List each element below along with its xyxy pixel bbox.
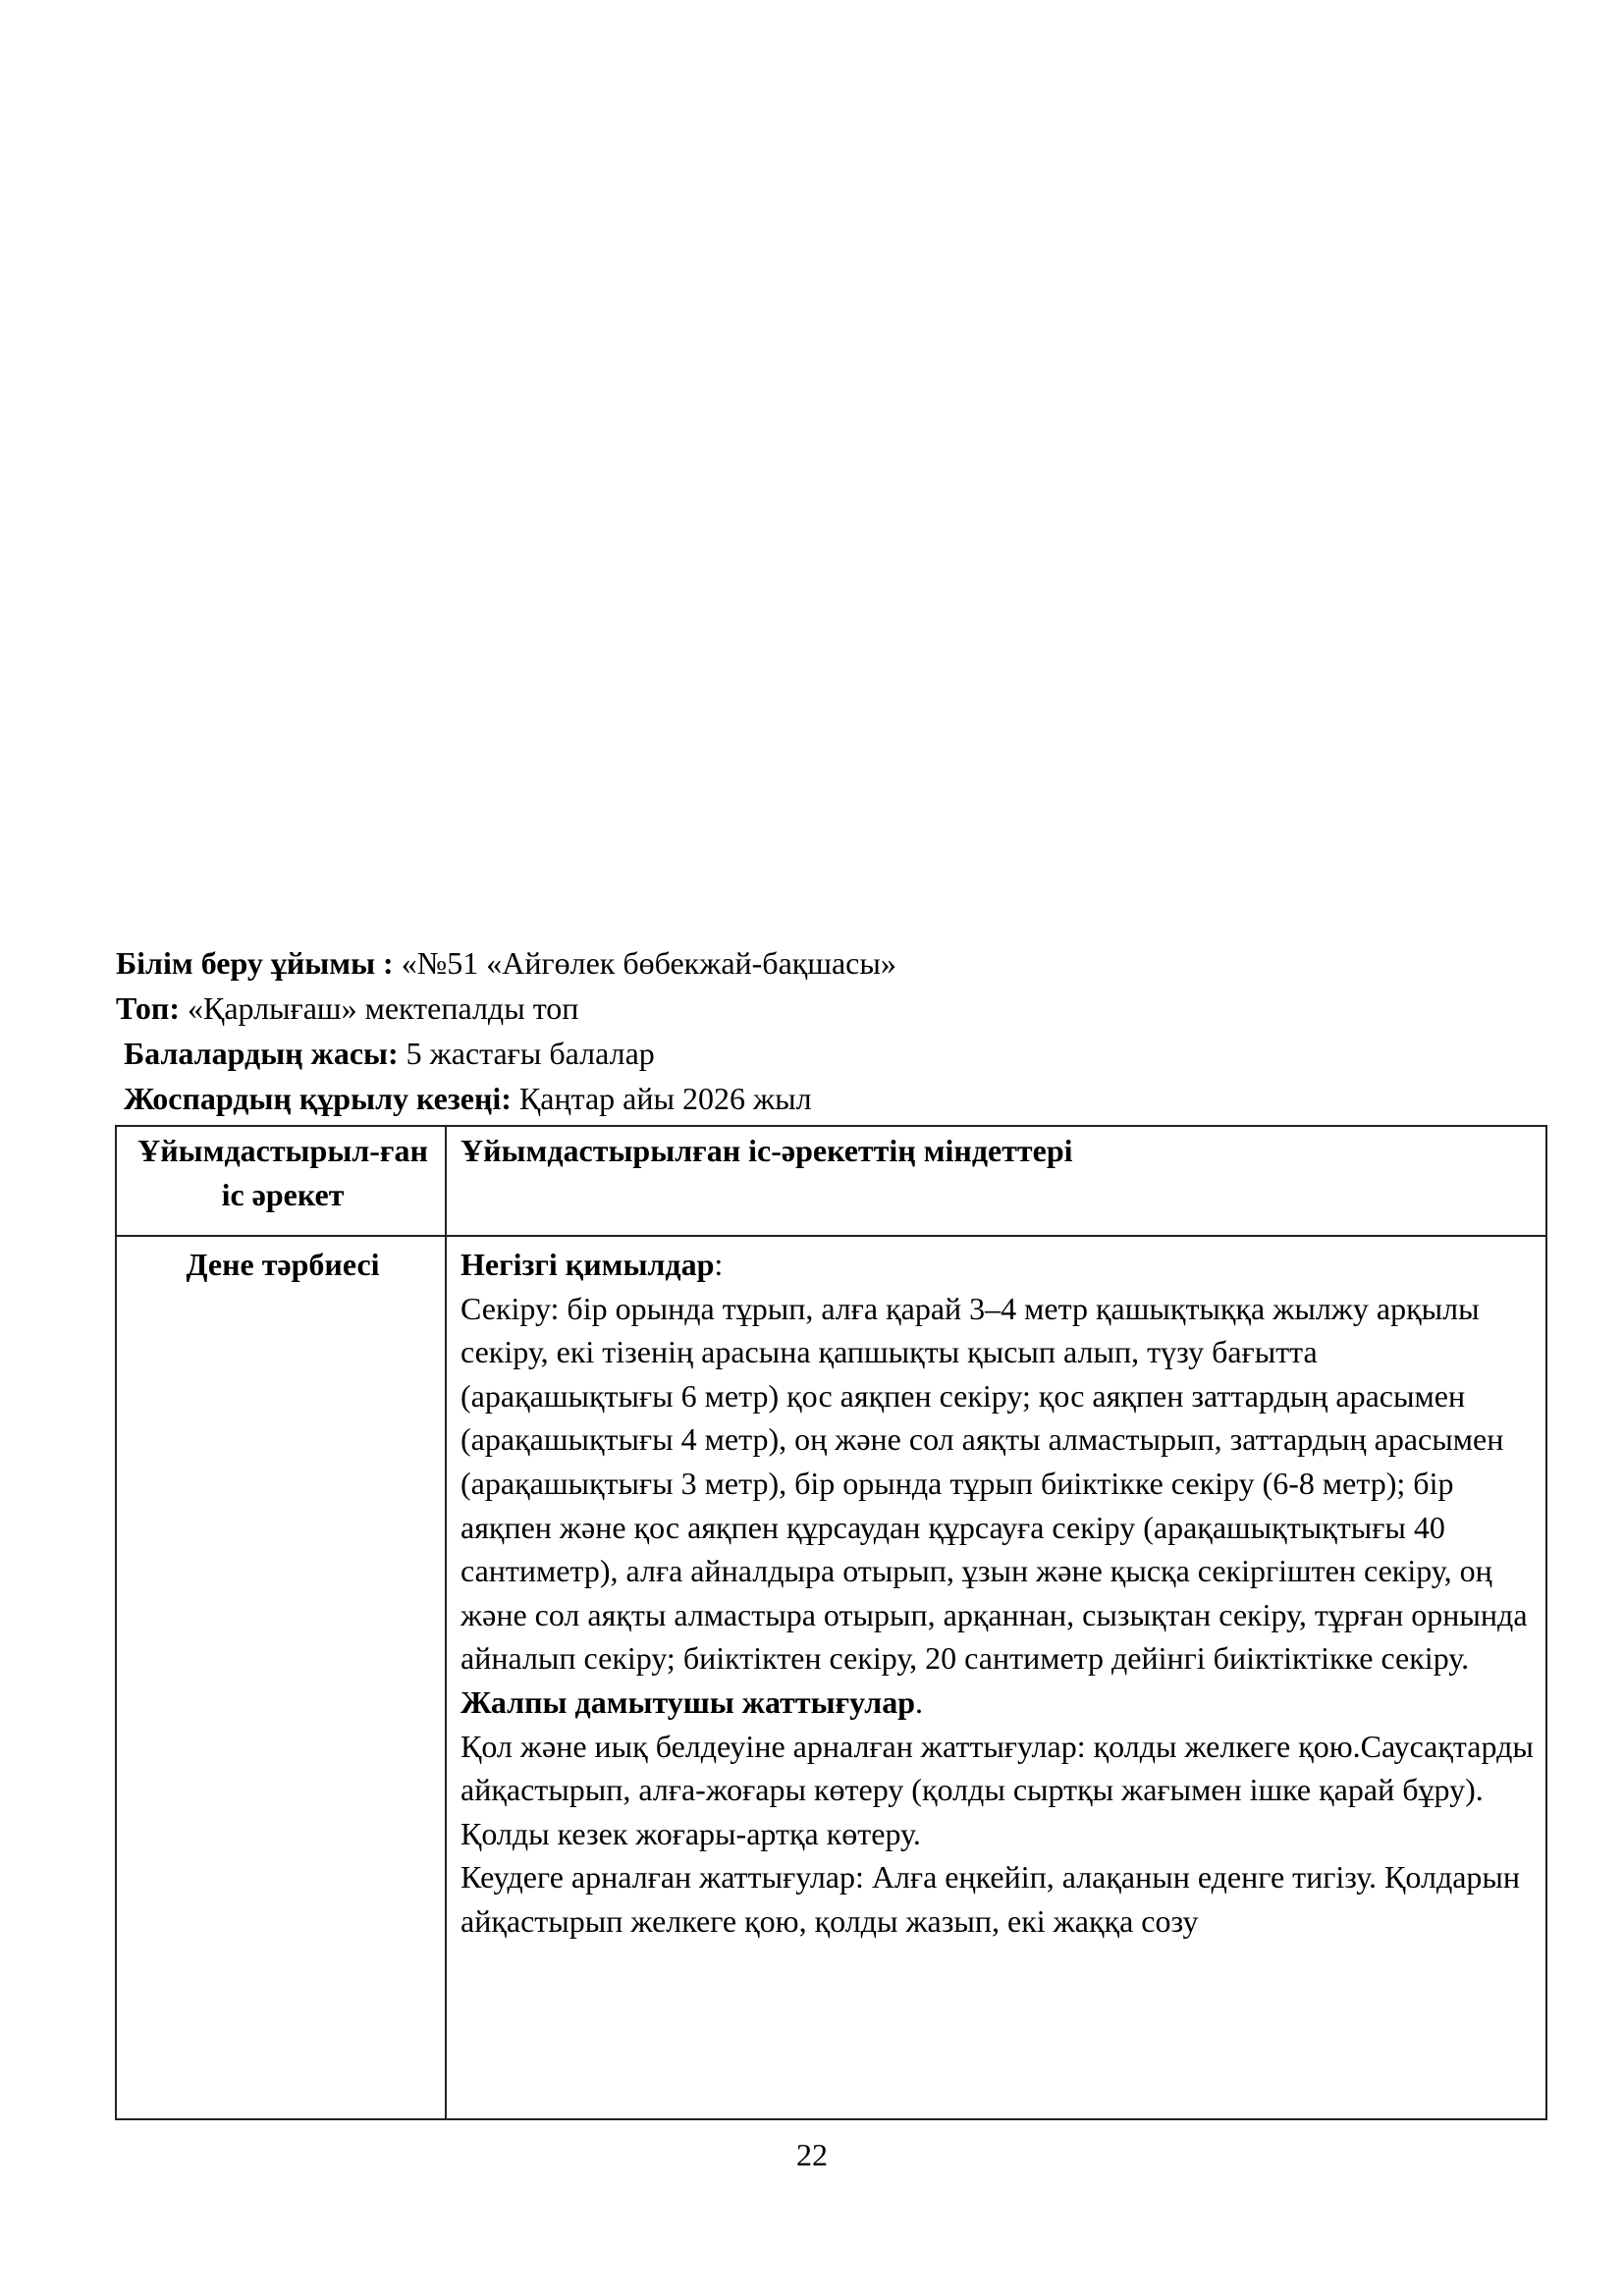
section-paragraph: Секіру: бір орында тұрып, алға қарай 3–4… (460, 1287, 1536, 1681)
page-number: 22 (0, 2137, 1624, 2173)
period-label: Жоспардың құрылу кезеңі: (124, 1081, 512, 1116)
header-objectives: Ұйымдастырылған іс-әрекеттің міндеттері (446, 1126, 1546, 1236)
age-value: 5 жастағы балалар (399, 1036, 655, 1071)
group-value: «Қарлығаш» мектепалды топ (180, 990, 578, 1026)
table-row: Дене тәрбиесі Негізгі қимылдар: Секіру: … (116, 1236, 1546, 2119)
objectives-cell: Негізгі қимылдар: Секіру: бір орында тұр… (446, 1236, 1546, 2119)
activity-plan-table: Ұйымдастырыл-ған іс әрекет Ұйымдастырылғ… (115, 1125, 1547, 2120)
group-label: Топ: (116, 990, 180, 1026)
group-line: Топ: «Қарлығаш» мектепалды топ (116, 990, 578, 1026)
age-label: Балалардың жасы: (124, 1036, 399, 1071)
section-heading: Негізгі қимылдар: (460, 1243, 1536, 1287)
organization-label: Білім беру ұйымы : (116, 945, 394, 981)
header-activity: Ұйымдастырыл-ған іс әрекет (116, 1126, 446, 1236)
organization-value: «№51 «Айгөлек бөбекжай-бақшасы» (394, 945, 896, 981)
section-paragraph: Қол және иық белдеуіне арналған жаттығул… (460, 1725, 1536, 1856)
section-heading: Жалпы дамытушы жаттығулар. (460, 1681, 1536, 1725)
organization-line: Білім беру ұйымы : «№51 «Айгөлек бөбекжа… (116, 945, 896, 981)
section-paragraph: Кеудеге арналған жаттығулар: Алға еңкейі… (460, 1855, 1536, 1943)
period-line: Жоспардың құрылу кезеңі: Қаңтар айы 2026… (124, 1081, 812, 1116)
period-value: Қаңтар айы 2026 жыл (512, 1081, 812, 1116)
activity-name: Дене тәрбиесі (116, 1236, 446, 2119)
table-header-row: Ұйымдастырыл-ған іс әрекет Ұйымдастырылғ… (116, 1126, 1546, 1236)
age-line: Балалардың жасы: 5 жастағы балалар (124, 1036, 655, 1071)
